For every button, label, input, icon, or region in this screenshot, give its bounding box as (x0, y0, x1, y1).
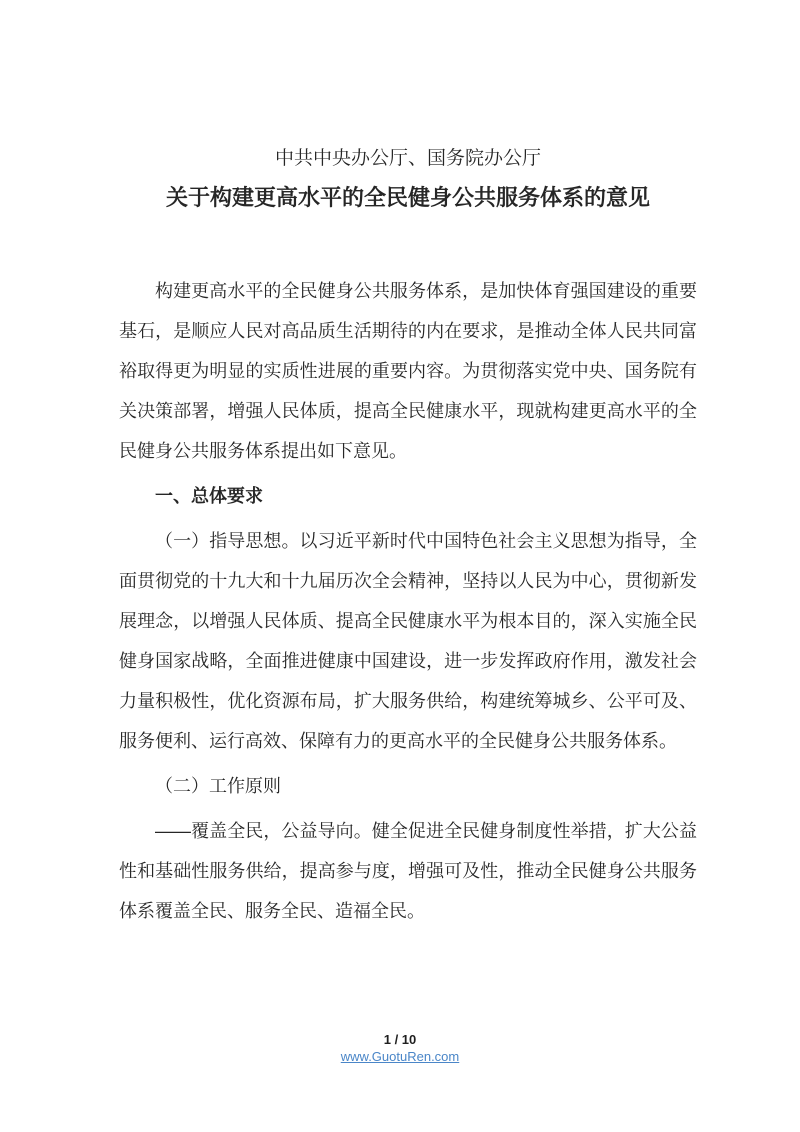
paragraph-intro: 构建更高水平的全民健身公共服务体系，是加快体育强国建设的重要基石，是顺应人民对高… (119, 271, 697, 471)
page-footer: 1 / 10 www.GuotuRen.com (0, 1031, 800, 1066)
page-number-indicator: 1 / 10 (0, 1031, 800, 1048)
document-title: 关于构建更高水平的全民健身公共服务体系的意见 (119, 183, 697, 213)
document-page: 中共中央办公厅、国务院办公厅 关于构建更高水平的全民健身公共服务体系的意见 构建… (0, 0, 800, 1132)
section-heading-overall-requirements: 一、总体要求 (119, 476, 697, 516)
paragraph-work-principles: （二）工作原则 (119, 766, 697, 806)
document-content: 中共中央办公厅、国务院办公厅 关于构建更高水平的全民健身公共服务体系的意见 构建… (0, 0, 800, 931)
footer-site-link[interactable]: www.GuotuRen.com (341, 1048, 460, 1065)
paragraph-guiding-ideology: （一）指导思想。以习近平新时代中国特色社会主义思想为指导，全面贯彻党的十九大和十… (119, 521, 697, 761)
paragraph-cover-all-people: ——覆盖全民，公益导向。健全促进全民健身制度性举措，扩大公益性和基础性服务供给，… (119, 811, 697, 931)
document-issuer: 中共中央办公厅、国务院办公厅 (119, 146, 697, 172)
